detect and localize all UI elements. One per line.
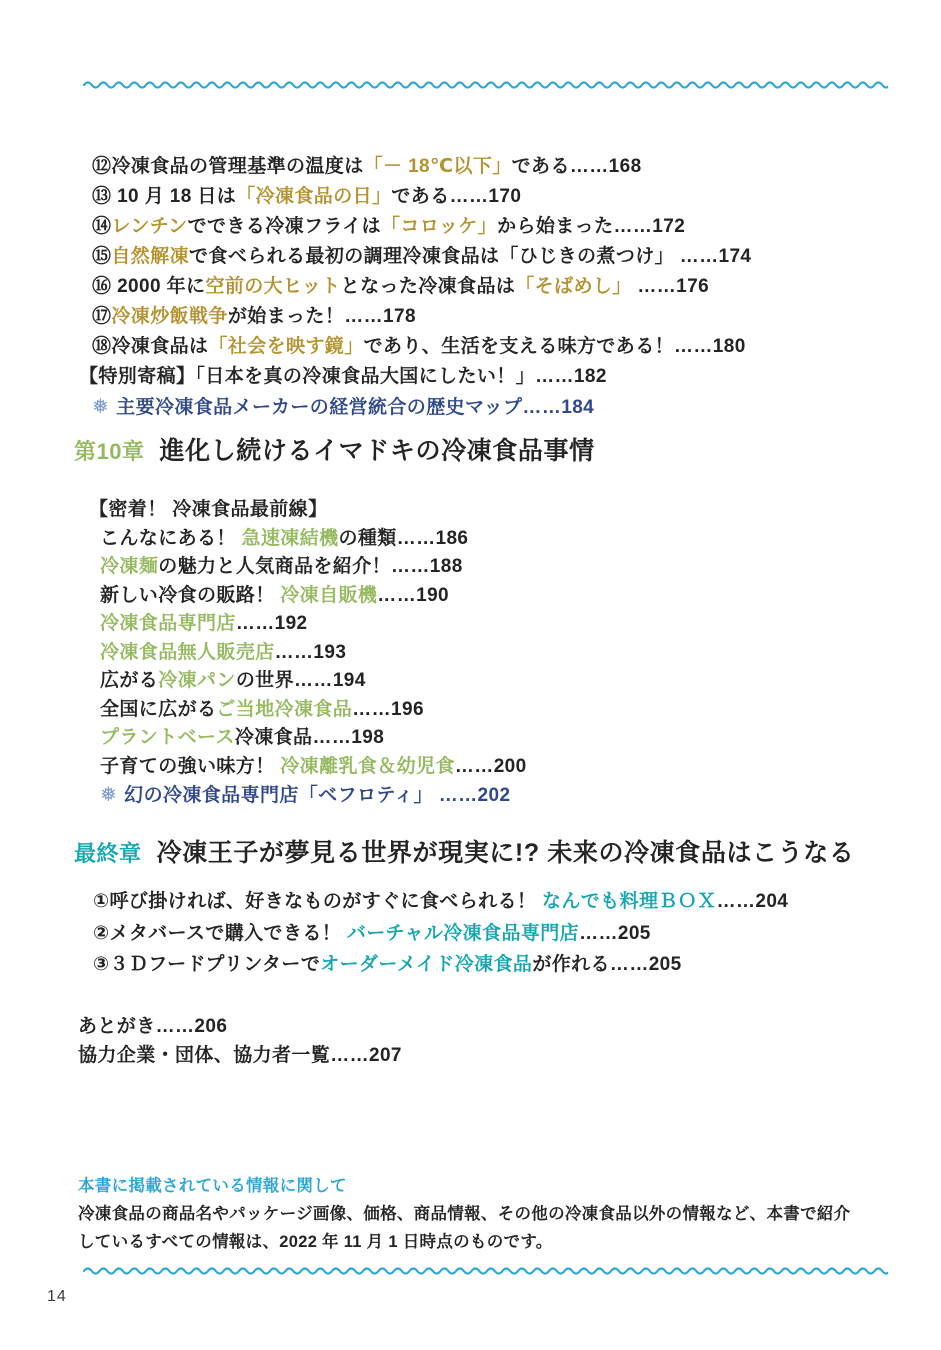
text-segment: 「コロッケ」 <box>381 216 497 237</box>
toc-entry: ⑱冷凍食品は「社会を映す鏡」であり、生活を支える味方である！……180 <box>92 332 751 362</box>
text-segment: 「そばめし」 <box>515 276 631 297</box>
text-segment: 「冷凍食品の日」 <box>236 186 391 207</box>
text-segment: ③３Ｄフードプリンターで <box>93 954 320 975</box>
toc-entry-special-contribution: 【特別寄稿】「日本を真の冷凍食品大国にしたい！」……182 <box>79 362 751 392</box>
footer-note-heading: 本書に掲載されている情報に関して <box>78 1172 888 1200</box>
final-chapter-label: 最終章 <box>74 837 142 868</box>
toc-entry-credits: 協力企業・団体、協力者一覧……207 <box>78 1041 402 1070</box>
toc-entry-map: ❅主要冷凍食品メーカーの経営統合の歴史マップ……184 <box>92 392 751 423</box>
text-segment: こんなにある！ <box>100 528 241 549</box>
text-segment: ⑰ <box>92 306 111 327</box>
text-segment: が始まった！……178 <box>228 306 416 327</box>
toc-entry: こんなにある！ 急速凍結機の種類……186 <box>100 525 527 554</box>
final-chapter-heading: 最終章 冷凍王子が夢見る世界が現実に!? 未来の冷凍食品はこうなる <box>74 833 854 869</box>
chapter-10-label: 第10章 <box>74 435 144 466</box>
text-segment: ⑮ <box>92 246 111 267</box>
toc-entry: ⑮自然解凍で食べられる最初の調理冷凍食品は「ひじきの煮つけ」 ……174 <box>92 242 751 272</box>
text-segment: ②メタバースで購入できる！ <box>93 923 347 944</box>
text-segment: ……205 <box>579 923 651 944</box>
toc-entry: 冷凍食品無人販売店……193 <box>100 639 527 668</box>
toc-entry: 広がる冷凍パンの世界……194 <box>100 667 527 696</box>
footer-information-note: 本書に掲載されている情報に関して 冷凍食品の商品名やパッケージ画像、価格、商品情… <box>78 1172 888 1256</box>
toc-entry-befroty: ❅幻の冷凍食品専門店「ベフロティ」 ……202 <box>100 781 527 811</box>
chapter-10-title: 進化し続けるイマドキの冷凍食品事情 <box>159 431 594 467</box>
page-number: 14 <box>47 1288 67 1306</box>
text-segment: ①呼び掛ければ、好きなものがすぐに食べられる！ <box>93 891 542 912</box>
text-segment: 冷凍食品無人販売店 <box>100 642 275 663</box>
text-segment: 冷凍食品専門店 <box>100 613 236 634</box>
chapter-10-heading: 第10章 進化し続けるイマドキの冷凍食品事情 <box>74 431 595 467</box>
text-segment: なんでも料理ＢＯＸ <box>542 891 717 912</box>
toc-entry: 全国に広がるご当地冷凍食品……196 <box>100 696 527 725</box>
text-segment: 冷凍離乳食＆幼児食 <box>280 756 455 777</box>
text-segment: となった冷凍食品は <box>341 276 516 297</box>
toc-entry: ③３Ｄフードプリンターでオーダーメイド冷凍食品が作れる……205 <box>93 949 788 981</box>
toc-entry: ⑰冷凍炒飯戦争が始まった！……178 <box>92 302 751 332</box>
toc-entry: ①呼び掛ければ、好きなものがすぐに食べられる！ なんでも料理ＢＯＸ……204 <box>93 886 788 918</box>
text-segment: で食べられる最初の調理冷凍食品は「ひじきの煮つけ」 ……174 <box>189 246 751 267</box>
text-segment: 空前の大ヒット <box>205 276 340 297</box>
text-segment: プラントベース <box>100 727 235 748</box>
text-segment: ……190 <box>377 585 449 606</box>
toc-entry: ⑭レンチンでできる冷凍フライは「コロッケ」から始まった……172 <box>92 212 751 242</box>
text-segment: である……170 <box>391 186 521 207</box>
text-segment: バーチャル冷凍食品専門店 <box>347 923 579 944</box>
text-segment: ……196 <box>352 699 424 720</box>
text-segment: が作れる……205 <box>532 954 681 975</box>
footer-note-line: しているすべての情報は、2022 年 11 月 1 日時点のものです。 <box>78 1228 888 1256</box>
text-segment: の種類……186 <box>339 528 469 549</box>
section-header: 【密着！ 冷凍食品最前線】 <box>89 496 527 525</box>
text-segment: 冷凍自販機 <box>280 585 377 606</box>
final-chapter-toc-list: ①呼び掛ければ、好きなものがすぐに食べられる！ なんでも料理ＢＯＸ……204 ②… <box>93 886 788 981</box>
final-chapter-title: 冷凍王子が夢見る世界が現実に!? 未来の冷凍食品はこうなる <box>157 833 855 869</box>
text-segment: 冷凍食品……198 <box>235 727 384 748</box>
text-segment: 「社会を映す鏡」 <box>208 336 363 357</box>
text-segment: でできる冷凍フライは <box>188 216 381 237</box>
text-segment: の魅力と人気商品を紹介！……188 <box>158 556 463 577</box>
text-segment: ……193 <box>275 642 347 663</box>
text-segment: 冷凍パン <box>158 670 236 691</box>
text-segment: ⑬ 10 月 18 日は <box>92 186 236 207</box>
text-segment: 自然解凍 <box>111 246 189 267</box>
text-segment: 全国に広がる <box>100 699 216 720</box>
toc-entry: 冷凍食品専門店……192 <box>100 610 527 639</box>
text-segment: であり、生活を支える味方である！……180 <box>364 336 746 357</box>
text-segment: ⑯ 2000 年に <box>92 276 205 297</box>
wavy-divider-bottom <box>83 1266 888 1276</box>
toc-entry-text: 主要冷凍食品メーカーの経営統合の歴史マップ……184 <box>116 397 594 418</box>
text-segment: 新しい冷食の販路！ <box>100 585 280 606</box>
snowflake-icon: ❅ <box>92 396 109 418</box>
text-segment: 【特別寄稿】「日本を真の冷凍食品大国にしたい！」……182 <box>79 366 607 387</box>
footer-note-line: 冷凍食品の商品名やパッケージ画像、価格、商品情報、その他の冷凍食品以外の情報など… <box>78 1200 888 1228</box>
chapter-10-toc-list: 【密着！ 冷凍食品最前線】 こんなにある！ 急速凍結機の種類……186 冷凍麺の… <box>100 496 527 811</box>
toc-entry: プラントベース冷凍食品……198 <box>100 724 527 753</box>
text-segment: から始まった……172 <box>497 216 685 237</box>
text-segment: 急速凍結機 <box>241 528 338 549</box>
text-segment: 冷凍炒飯戦争 <box>111 306 227 327</box>
text-segment: 冷凍麺 <box>100 556 158 577</box>
text-segment: オーダーメイド冷凍食品 <box>320 954 532 975</box>
wavy-divider-top <box>83 80 888 90</box>
closing-toc-list: あとがき……206 協力企業・団体、協力者一覧……207 <box>78 1012 402 1070</box>
text-segment: ……192 <box>236 613 308 634</box>
text-segment: ……176 <box>632 276 709 297</box>
book-toc-page: ⑫冷凍食品の管理基準の温度は「－ 18℃以下」である……168 ⑬ 10 月 1… <box>0 0 941 1350</box>
text-segment: ⑱冷凍食品は <box>92 336 208 357</box>
text-segment: ……200 <box>455 756 527 777</box>
toc-entry: ⑫冷凍食品の管理基準の温度は「－ 18℃以下」である……168 <box>92 152 751 182</box>
toc-entry: ②メタバースで購入できる！ バーチャル冷凍食品専門店……205 <box>93 918 788 950</box>
toc-entry: 冷凍麺の魅力と人気商品を紹介！……188 <box>100 553 527 582</box>
snowflake-icon: ❅ <box>100 784 117 806</box>
toc-entry: 子育ての強い味方！ 冷凍離乳食＆幼児食……200 <box>100 753 527 782</box>
toc-entry: ⑬ 10 月 18 日は「冷凍食品の日」である……170 <box>92 182 751 212</box>
toc-entry-afterword: あとがき……206 <box>78 1012 402 1041</box>
text-segment: ……204 <box>717 891 789 912</box>
toc-intro-list: ⑫冷凍食品の管理基準の温度は「－ 18℃以下」である……168 ⑬ 10 月 1… <box>92 152 751 423</box>
text-segment: の世界……194 <box>236 670 366 691</box>
text-segment: レンチン <box>111 216 187 237</box>
text-segment: である……168 <box>512 156 642 177</box>
text-segment: ご当地冷凍食品 <box>216 699 352 720</box>
toc-entry: 新しい冷食の販路！ 冷凍自販機……190 <box>100 582 527 611</box>
toc-entry-text: 幻の冷凍食品専門店「ベフロティ」 ……202 <box>124 785 510 806</box>
text-segment: 子育ての強い味方！ <box>100 756 280 777</box>
toc-entry: ⑯ 2000 年に空前の大ヒットとなった冷凍食品は「そばめし」 ……176 <box>92 272 751 302</box>
text-segment: 「－ 18℃以下」 <box>364 156 512 177</box>
text-segment: ⑫冷凍食品の管理基準の温度は <box>92 156 364 177</box>
text-segment: ⑭ <box>92 216 111 237</box>
text-segment: 広がる <box>100 670 158 691</box>
